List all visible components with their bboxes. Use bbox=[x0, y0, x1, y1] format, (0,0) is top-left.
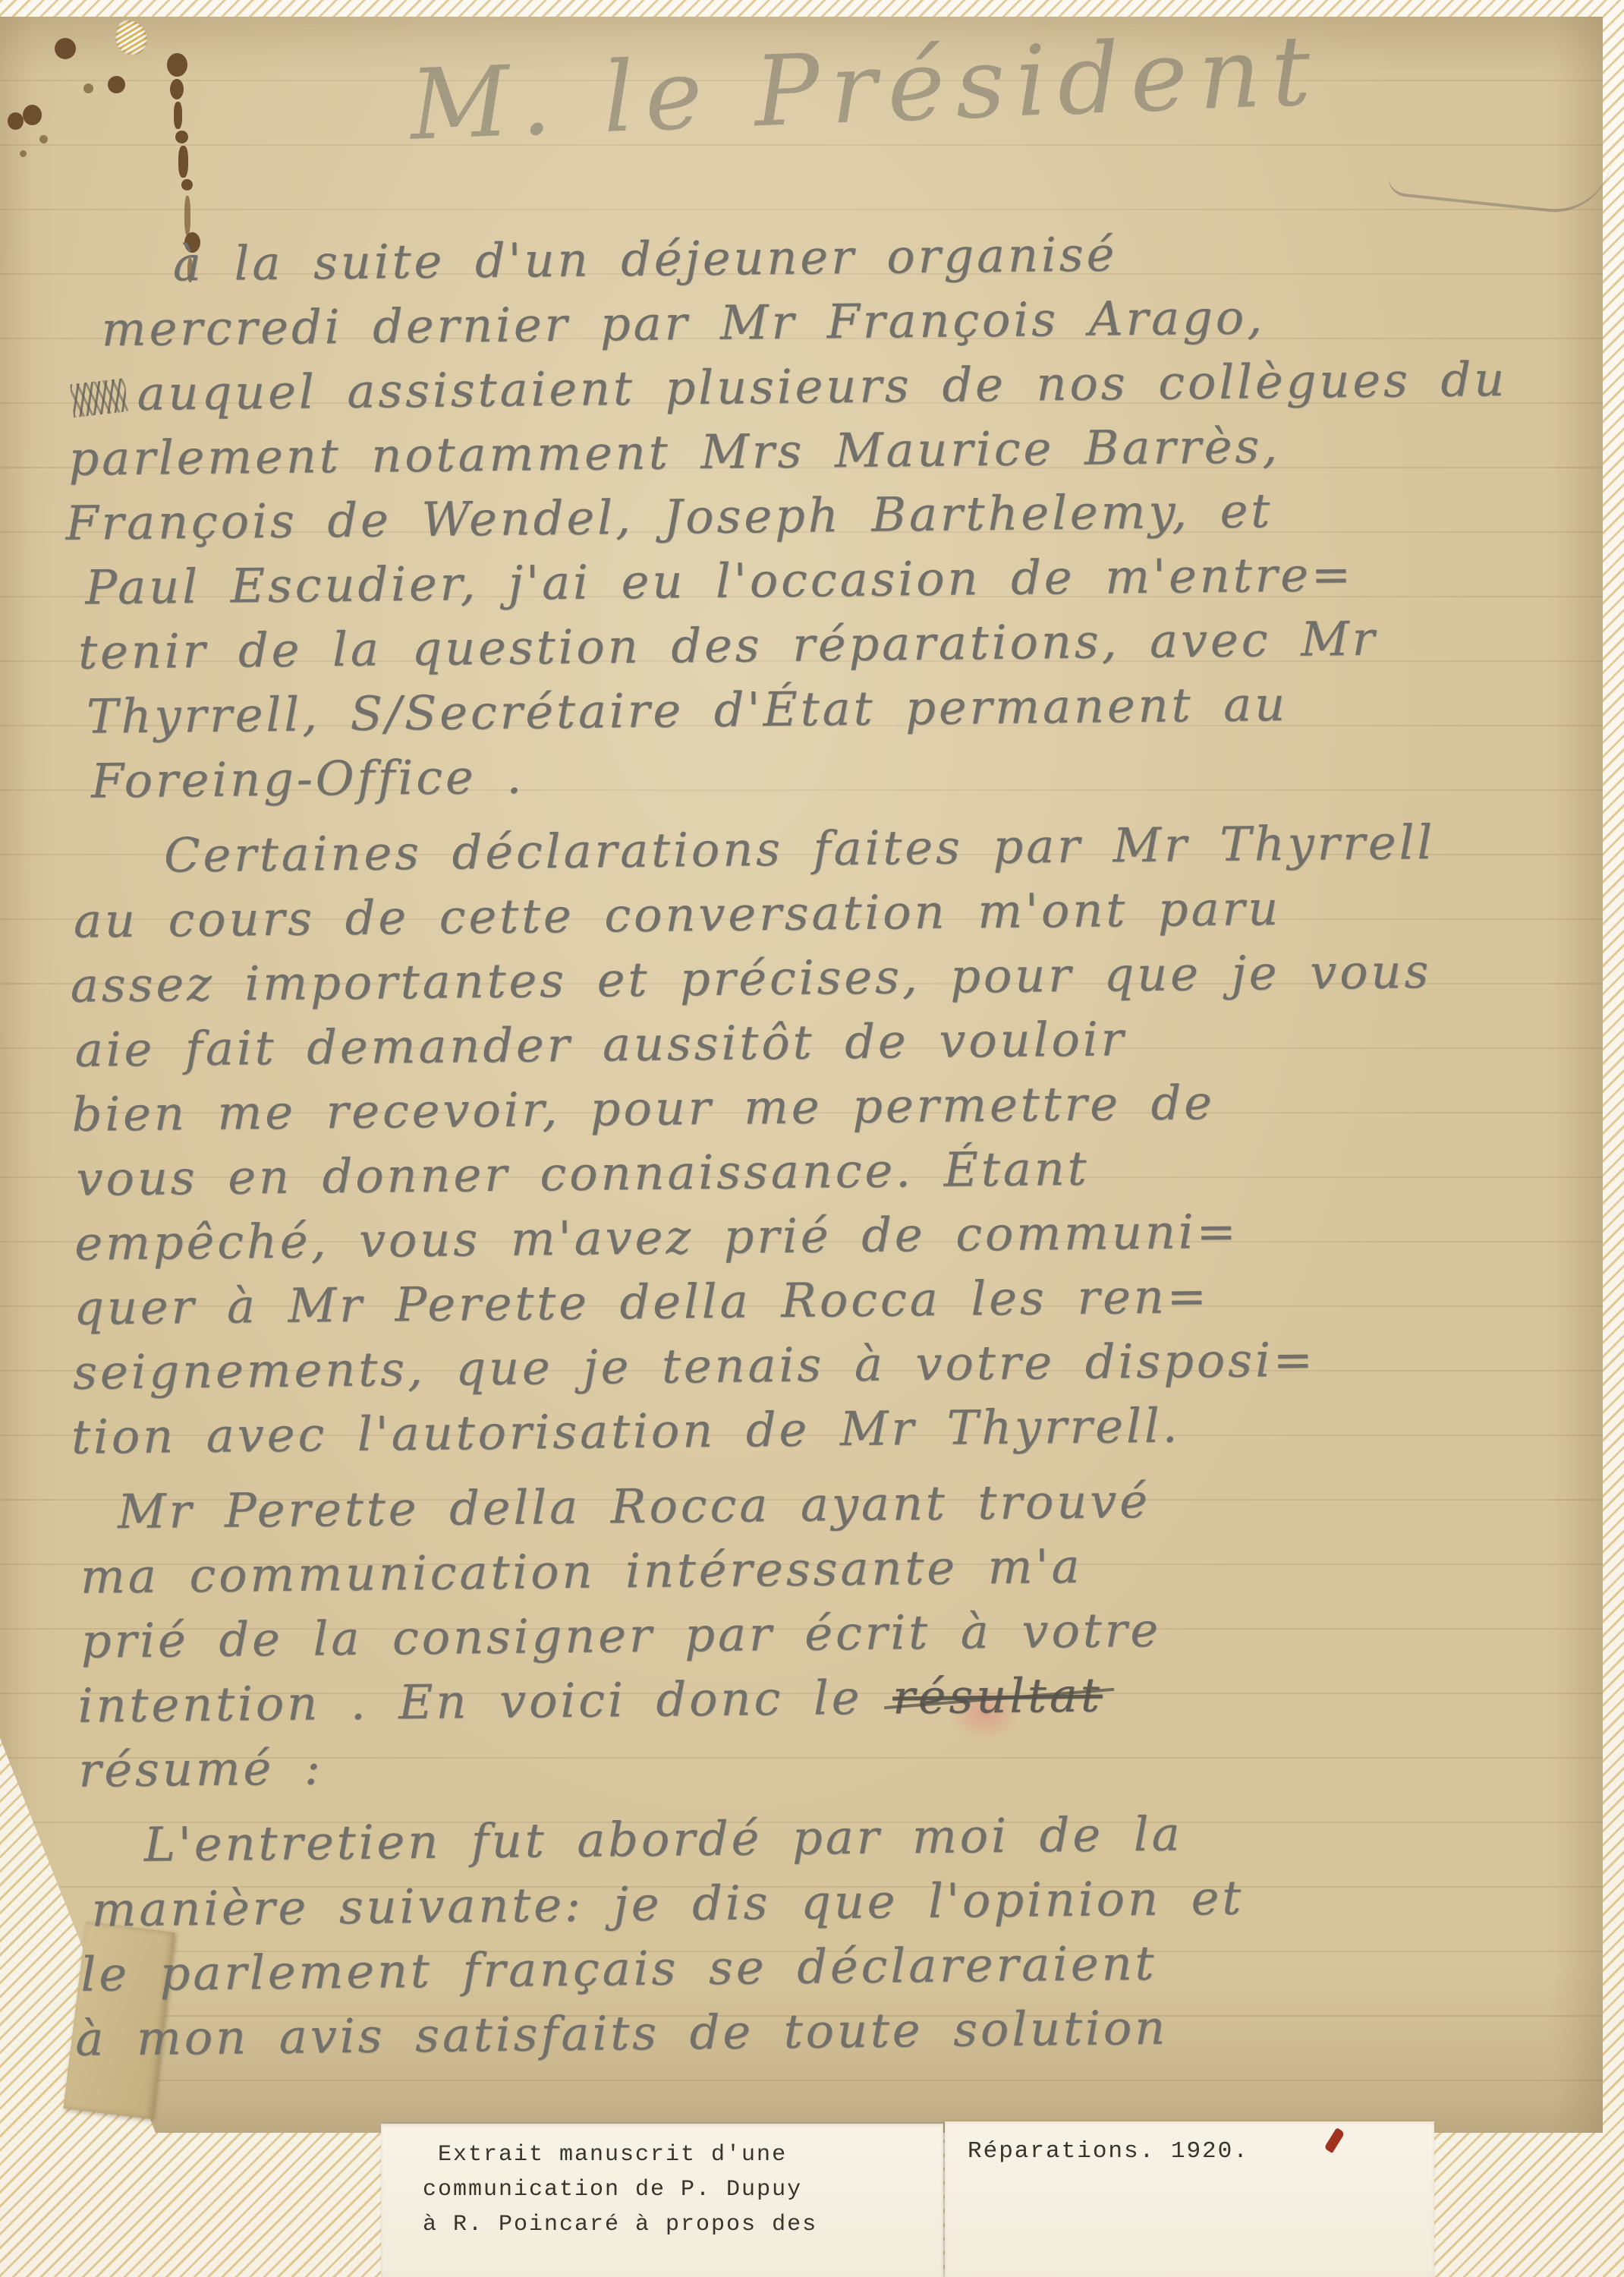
caption-slip-right: Réparations. 1920. bbox=[945, 2121, 1434, 2277]
manuscript-body: à la suite d'un déjeuner organisé mercre… bbox=[77, 217, 1610, 2071]
caption-line: à R. Poincaré à propos des bbox=[423, 2207, 943, 2242]
caption-line: communication de P. Dupuy bbox=[423, 2172, 943, 2207]
struck-word: résultat bbox=[892, 1667, 1103, 1724]
manuscript-text: auquel assistaient plusieurs de nos coll… bbox=[137, 351, 1507, 421]
ink-stain bbox=[55, 38, 76, 59]
ink-stain bbox=[20, 150, 27, 157]
caption-slip-left: Extrait manuscrit d'une communication de… bbox=[381, 2124, 943, 2277]
ink-stain bbox=[178, 146, 188, 178]
ink-stain bbox=[181, 179, 193, 191]
ink-stain bbox=[8, 112, 24, 130]
ink-stain bbox=[39, 135, 48, 143]
ink-stain bbox=[174, 102, 182, 129]
ink-stain bbox=[167, 53, 187, 77]
ink-stain bbox=[175, 131, 188, 143]
ink-stain bbox=[184, 196, 190, 235]
manuscript-text: intention . En voici donc le bbox=[77, 1670, 862, 1734]
caption-line: Réparations. 1920. bbox=[968, 2138, 1434, 2165]
ink-stain bbox=[83, 83, 93, 93]
caption-line: Extrait manuscrit d'une bbox=[438, 2137, 943, 2172]
scribble-deletion bbox=[70, 378, 128, 417]
ink-stain bbox=[170, 79, 184, 99]
ink-stain bbox=[23, 105, 42, 125]
ink-stain bbox=[108, 76, 125, 93]
